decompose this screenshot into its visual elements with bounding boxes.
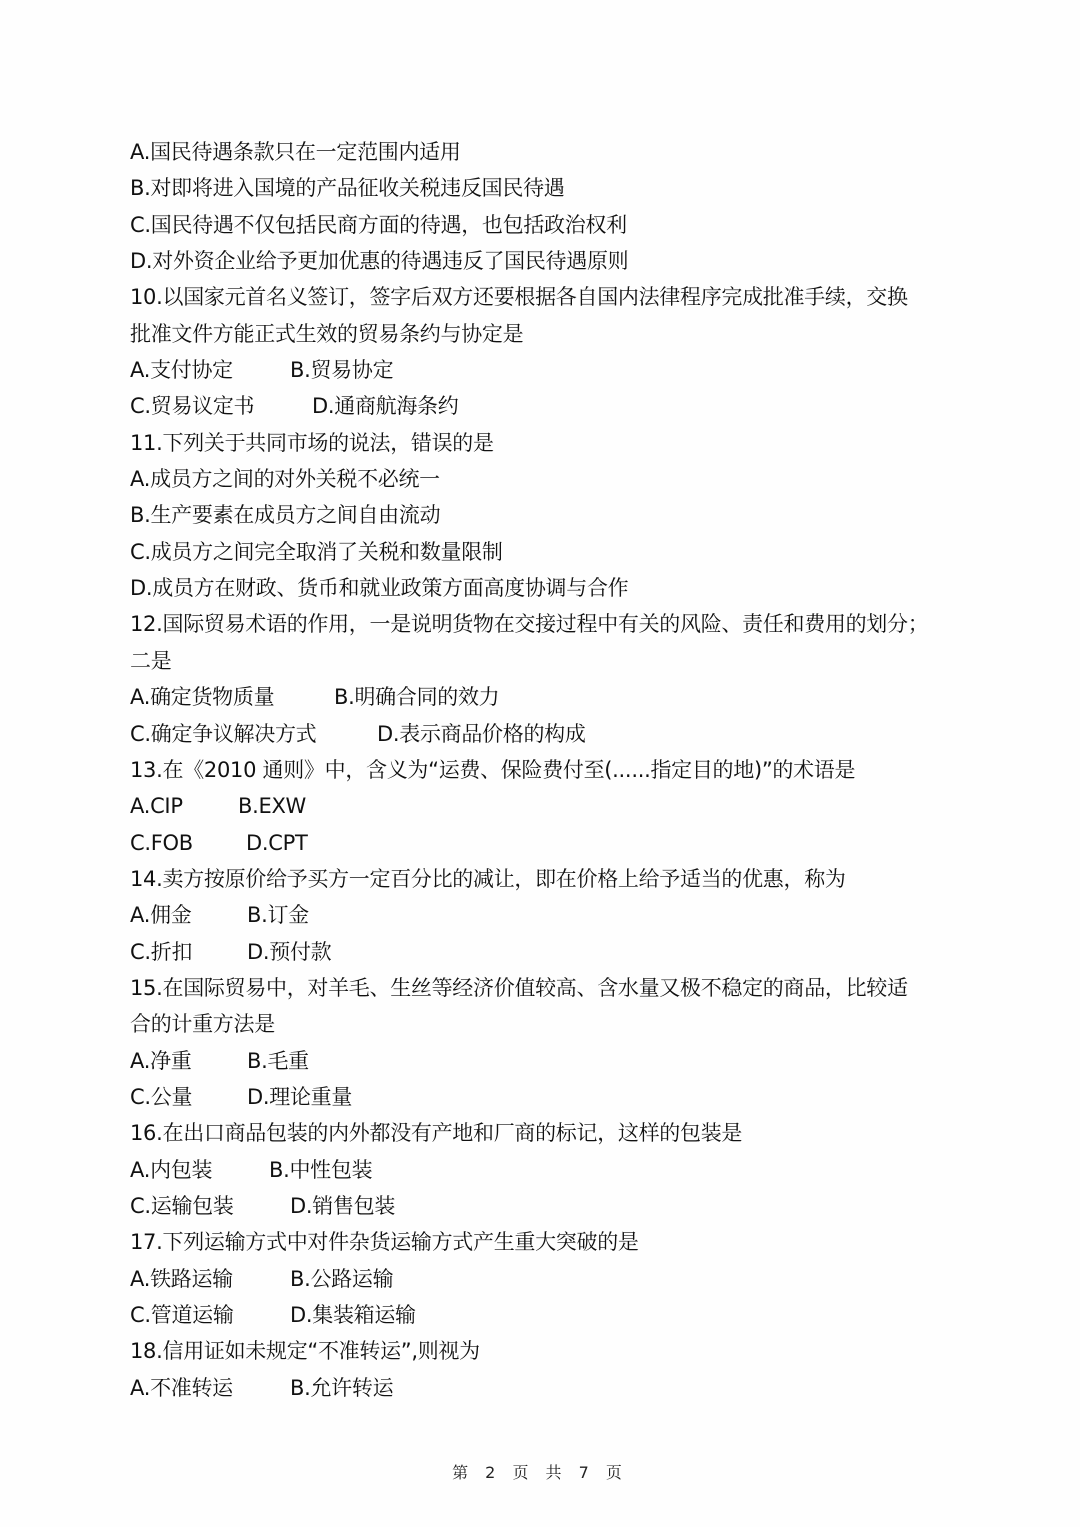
option-row: A.铁路运输 B.公路运输 xyxy=(130,1261,960,1297)
option-b: B.明确合同的效力 xyxy=(334,679,499,715)
option-a: A.佣金 xyxy=(130,897,247,933)
option-a: A.不准转运 xyxy=(130,1370,290,1406)
question-18: 18.信用证如未规定“不准转运”,则视为 A.不准转运 B.允许转运 xyxy=(130,1333,960,1406)
question-stem: 16.在出口商品包装的内外都没有产地和厂商的标记，这样的包装是 xyxy=(130,1115,960,1151)
question-10: 10.以国家元首名义签订，签字后双方还要根据各自国内法律程序完成批准手续，交换 … xyxy=(130,279,960,424)
option-row: A.支付协定 B.贸易协定 xyxy=(130,352,960,388)
question-stem-cont: 二是 xyxy=(130,643,960,679)
q9-option-b: B.对即将进入国境的产品征收关税违反国民待遇 xyxy=(130,170,960,206)
option-row: C.公量 D.理论重量 xyxy=(130,1079,960,1115)
option-d: D.预付款 xyxy=(247,934,331,970)
option-row: A.确定货物质量 B.明确合同的效力 xyxy=(130,679,960,715)
option-b: B.中性包装 xyxy=(269,1152,372,1188)
option-a: A.CIP xyxy=(130,788,238,824)
question-17: 17.下列运输方式中对件杂货运输方式产生重大突破的是 A.铁路运输 B.公路运输… xyxy=(130,1224,960,1333)
question-16: 16.在出口商品包装的内外都没有产地和厂商的标记，这样的包装是 A.内包装 B.… xyxy=(130,1115,960,1224)
option-c: C.FOB xyxy=(130,825,246,861)
question-stem: 18.信用证如未规定“不准转运”,则视为 xyxy=(130,1333,960,1369)
option-b: B.EXW xyxy=(238,788,306,824)
option-d: D.集装箱运输 xyxy=(290,1297,416,1333)
option-d: D.销售包装 xyxy=(290,1188,395,1224)
question-stem: 12.国际贸易术语的作用，一是说明货物在交接过程中有关的风险、责任和费用的划分； xyxy=(130,606,960,642)
option-c: C.公量 xyxy=(130,1079,247,1115)
option-c: C.确定争议解决方式 xyxy=(130,716,377,752)
option-a: A.支付协定 xyxy=(130,352,290,388)
option-row: C.管道运输 D.集装箱运输 xyxy=(130,1297,960,1333)
option-a: A.确定货物质量 xyxy=(130,679,334,715)
page-content: A.国民待遇条款只在一定范围内适用 B.对即将进入国境的产品征收关税违反国民待遇… xyxy=(130,134,960,1406)
option-c: C.折扣 xyxy=(130,934,247,970)
option-row: C.运输包装 D.销售包装 xyxy=(130,1188,960,1224)
question-stem-cont: 合的计重方法是 xyxy=(130,1006,960,1042)
q9-option-c: C.国民待遇不仅包括民商方面的待遇，也包括政治权利 xyxy=(130,207,960,243)
q9-option-a: A.国民待遇条款只在一定范围内适用 xyxy=(130,134,960,170)
exam-page: A.国民待遇条款只在一定范围内适用 B.对即将进入国境的产品征收关税违反国民待遇… xyxy=(0,0,1080,1527)
option-b: B.公路运输 xyxy=(290,1261,393,1297)
option-a: A.内包装 xyxy=(130,1152,269,1188)
option-row: A.不准转运 B.允许转运 xyxy=(130,1370,960,1406)
question-stem: 17.下列运输方式中对件杂货运输方式产生重大突破的是 xyxy=(130,1224,960,1260)
option-row: A.净重 B.毛重 xyxy=(130,1043,960,1079)
question-stem: 11.下列关于共同市场的说法，错误的是 xyxy=(130,425,960,461)
question-11: 11.下列关于共同市场的说法，错误的是 A.成员方之间的对外关税不必统一 B.生… xyxy=(130,425,960,607)
option-row: A.佣金 B.订金 xyxy=(130,897,960,933)
option-c: C.成员方之间完全取消了关税和数量限制 xyxy=(130,534,960,570)
question-stem: 14.卖方按原价给予买方一定百分比的减让，即在价格上给予适当的优惠，称为 xyxy=(130,861,960,897)
option-b: B.生产要素在成员方之间自由流动 xyxy=(130,497,960,533)
q9-option-d: D.对外资企业给予更加优惠的待遇违反了国民待遇原则 xyxy=(130,243,960,279)
page-number-footer: 第 2 页 共 7 页 xyxy=(0,1460,1080,1483)
question-stem: 15.在国际贸易中，对羊毛、生丝等经济价值较高、含水量又极不稳定的商品，比较适 xyxy=(130,970,960,1006)
option-row: C.贸易议定书 D.通商航海条约 xyxy=(130,388,960,424)
option-row: C.FOB D.CPT xyxy=(130,825,960,861)
option-d: D.通商航海条约 xyxy=(312,388,458,424)
option-d: D.CPT xyxy=(246,825,308,861)
option-b: B.订金 xyxy=(247,897,309,933)
question-stem-cont: 批准文件方能正式生效的贸易条约与协定是 xyxy=(130,316,960,352)
option-c: C.贸易议定书 xyxy=(130,388,312,424)
question-13: 13.在《2010 通则》中，含义为“运费、保险费付至(......指定目的地)… xyxy=(130,752,960,861)
question-15: 15.在国际贸易中，对羊毛、生丝等经济价值较高、含水量又极不稳定的商品，比较适 … xyxy=(130,970,960,1115)
option-b: B.允许转运 xyxy=(290,1370,393,1406)
option-b: B.毛重 xyxy=(247,1043,309,1079)
option-row: C.折扣 D.预付款 xyxy=(130,934,960,970)
question-stem: 10.以国家元首名义签订，签字后双方还要根据各自国内法律程序完成批准手续，交换 xyxy=(130,279,960,315)
question-12: 12.国际贸易术语的作用，一是说明货物在交接过程中有关的风险、责任和费用的划分；… xyxy=(130,606,960,751)
option-row: A.CIP B.EXW xyxy=(130,788,960,824)
question-14: 14.卖方按原价给予买方一定百分比的减让，即在价格上给予适当的优惠，称为 A.佣… xyxy=(130,861,960,970)
option-c: C.管道运输 xyxy=(130,1297,290,1333)
option-d: D.成员方在财政、货币和就业政策方面高度协调与合作 xyxy=(130,570,960,606)
option-row: C.确定争议解决方式 D.表示商品价格的构成 xyxy=(130,716,960,752)
option-d: D.表示商品价格的构成 xyxy=(377,716,586,752)
question-stem: 13.在《2010 通则》中，含义为“运费、保险费付至(......指定目的地)… xyxy=(130,752,960,788)
option-a: A.成员方之间的对外关税不必统一 xyxy=(130,461,960,497)
option-a: A.净重 xyxy=(130,1043,247,1079)
option-b: B.贸易协定 xyxy=(290,352,393,388)
option-c: C.运输包装 xyxy=(130,1188,290,1224)
option-a: A.铁路运输 xyxy=(130,1261,290,1297)
option-row: A.内包装 B.中性包装 xyxy=(130,1152,960,1188)
option-d: D.理论重量 xyxy=(247,1079,352,1115)
